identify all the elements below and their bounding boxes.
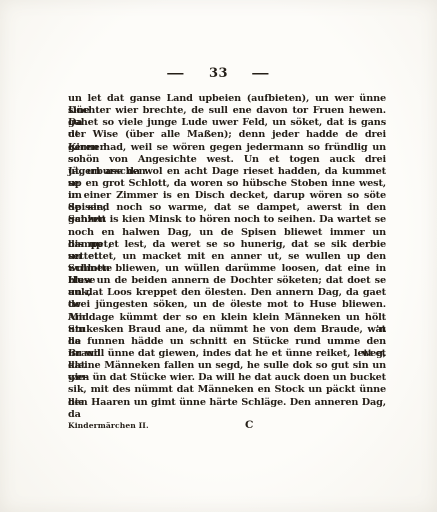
text-line: twei jüngesten söken, un de öleste mot t… [68,299,386,311]
header-right-dash: — [251,66,270,81]
text-line: bis up et lest, da weret se so hunerig, … [68,239,386,251]
text-line: up en grot Schlott, da woren so hübsche … [68,178,386,190]
text-line: un will ünne dat giewen, indes dat he et… [68,348,386,360]
body-text: un let dat ganse Land upbeien (aufbieten… [68,93,386,409]
text-line: gahet so viele junge Lude uwer Feld, un … [68,117,386,129]
footer-volume-title: Kindermärchen II. [68,421,149,430]
text-line: ut, un ase da wol en acht Dage rieset ha… [68,166,386,178]
text-line: Döchter wier brechte, de sull ene davon … [68,105,386,117]
text-line: un let dat ganse Land upbeien (aufbieten… [68,93,386,105]
text-line: un dat Loos kreppet den ölesten. Den ann… [68,287,386,299]
text-line: den Haaren un gimt ünne härte Schläge. D… [68,397,386,409]
running-head: — 33 — [0,66,437,81]
text-line: blew un de beiden annern de Dochter söke… [68,275,386,287]
text-line: Schlott is kien Minsk to hören noch to s… [68,214,386,226]
text-line: noch en halwen Dag, un de Spisen bliewet… [68,227,386,239]
text-line: kleine Männeken fallen un segd, he sulle… [68,360,386,372]
page-number: 33 [209,66,228,81]
text-line: de sied noch so warme, dat se dampet, aw… [68,202,386,214]
text-line: in einer Zimmer is en Disch decket, daru… [68,190,386,202]
footer-row: Kindermärchen II. C [68,419,386,433]
text-line: da funnen hädde un schnitt en Stücke run… [68,336,386,348]
text-line: geren had, weil se wören gegen jedermann… [68,142,386,154]
book-page-scan: — 33 — un let dat ganse Land upbeien (au… [0,0,437,512]
text-line: Middage kümmt der so en klein klein Männ… [68,312,386,324]
text-line: schön von Angesichte west. Un et togen a… [68,154,386,166]
text-line: wuhnen bliewen, un wüllen darümme loosen… [68,263,386,275]
text-line: der Wise (über alle Maßen); denn jeder h… [68,129,386,141]
header-left-dash: — [167,66,186,81]
text-line: sik, mit des nümmt dat Männeken en Stock… [68,384,386,396]
text-line: wen ün dat Stücke wier. Da will he dat a… [68,372,386,384]
text-line: un ettet, un macket mit en anner ut, se … [68,251,386,263]
text-line: Stukesken Braud ane, da nümmt he von dem… [68,324,386,336]
gathering-signature-mark: C [245,419,253,431]
